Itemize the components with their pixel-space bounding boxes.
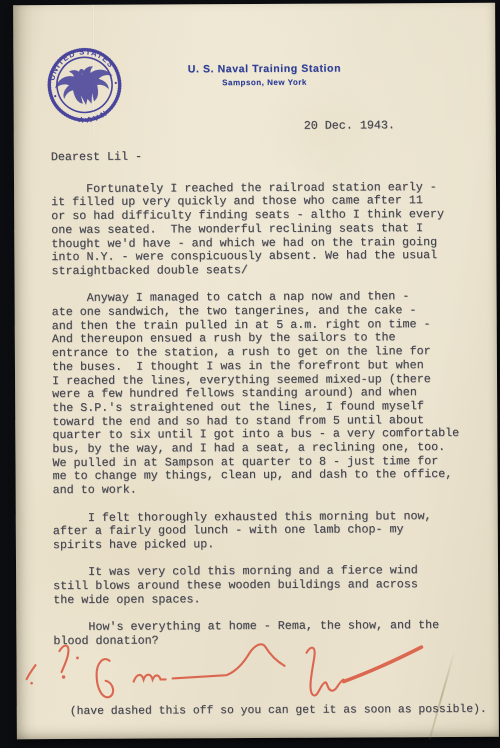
- paper-crease-diagonal: [429, 651, 455, 740]
- us-navy-seal-stamp-icon: UNITED STATES NAVY: [39, 40, 129, 130]
- seal-separator-dot: [114, 82, 117, 85]
- paragraph: It was very cold this morning and a fier…: [53, 564, 481, 607]
- letterhead-location: Sampson, New York: [144, 77, 384, 87]
- letter-date: 20 Dec. 1943.: [304, 118, 395, 132]
- letterhead-organization: U. S. Naval Training Station: [144, 62, 384, 75]
- scanned-letter-photo: { "letterhead": { "organization": "U. S.…: [0, 0, 500, 748]
- seal-separator-dot: [54, 95, 57, 98]
- letterhead: U. S. Naval Training Station Sampson, Ne…: [144, 62, 384, 87]
- closing-note: (have dashed this off so you can get it …: [70, 704, 487, 718]
- letter-body: Dearest Lil - Fortunately I reached the …: [51, 149, 482, 649]
- salutation: Dearest Lil -: [51, 149, 479, 165]
- paragraph: How's everything at home - Rema, the sho…: [53, 619, 481, 649]
- letter-paper: UNITED STATES NAVY U. S. Naval Training …: [13, 3, 499, 740]
- paragraph: I felt thoroughly exhausted this morning…: [53, 509, 481, 552]
- paragraph: Anyway I managed to catch a nap now and …: [52, 290, 481, 498]
- paragraph: Fortunately I reached the railroad stati…: [51, 181, 479, 279]
